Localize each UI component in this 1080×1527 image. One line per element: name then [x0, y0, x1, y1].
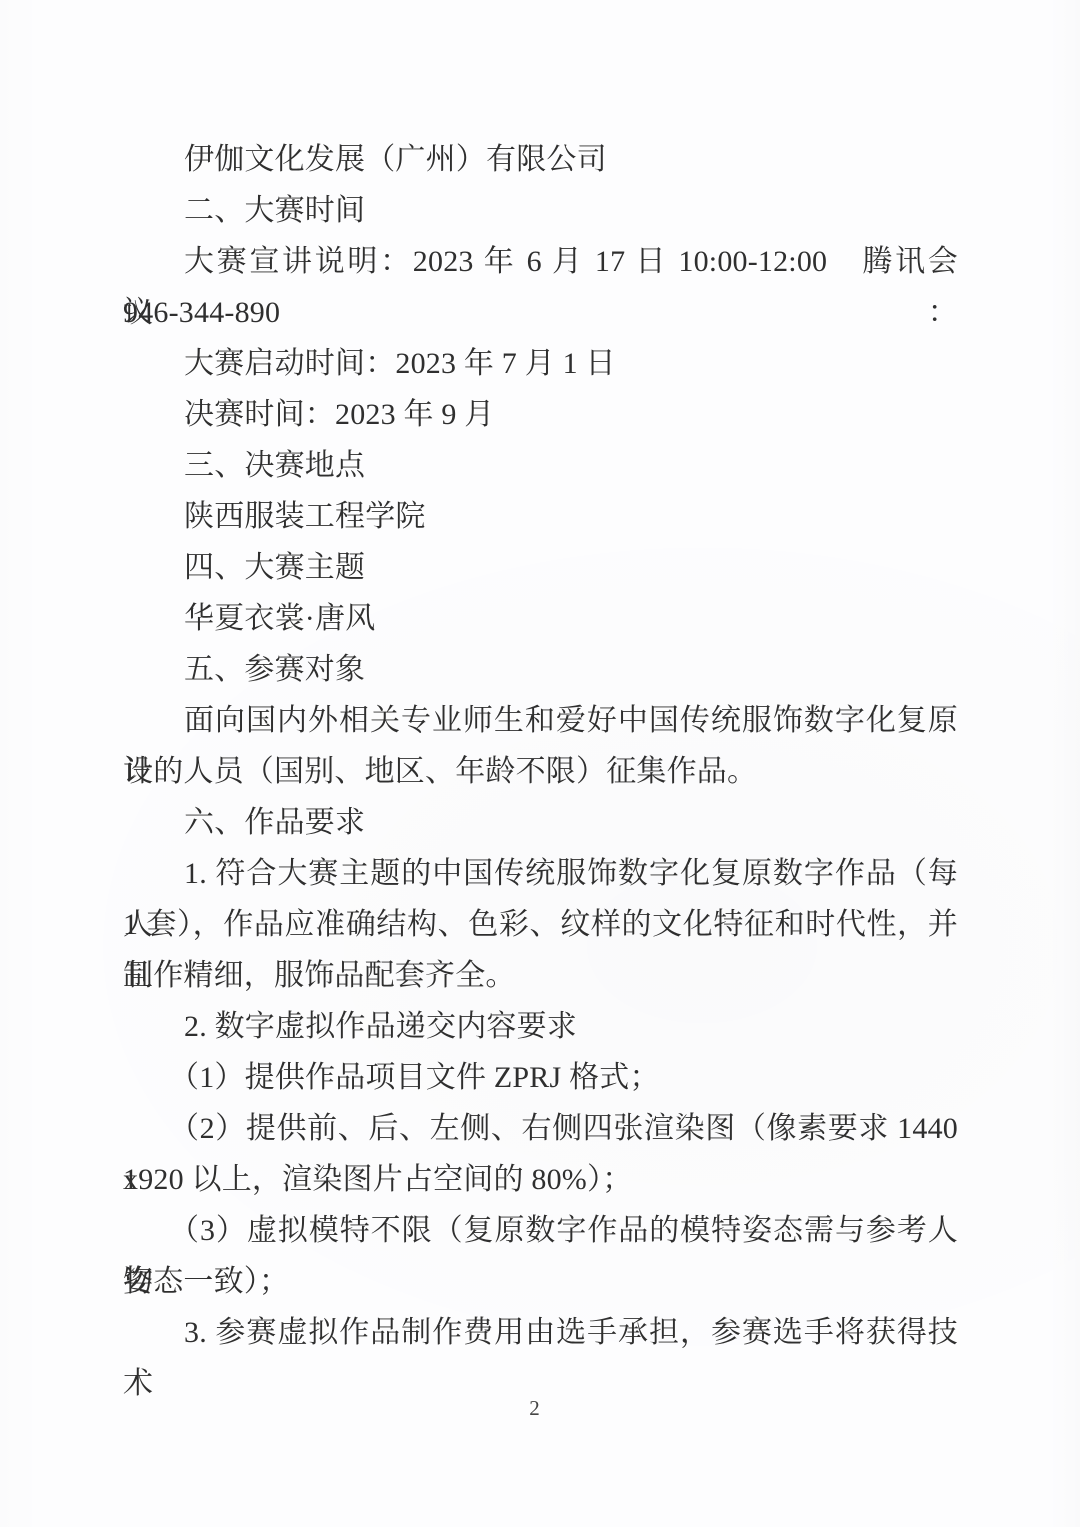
- text-line: 二、大赛时间: [123, 185, 958, 236]
- text-line: 3. 参赛虚拟作品制作费用由选手承担，参赛选手将获得技术: [123, 1307, 958, 1358]
- text-line: 1920 以上，渲染图片占空间的 80%）；: [123, 1154, 958, 1205]
- text-line: 决赛时间：2023 年 9 月: [123, 389, 958, 440]
- text-line: 2. 数字虚拟作品递交内容要求: [123, 1001, 958, 1052]
- text-line: 面向国内外相关专业师生和爱好中国传统服饰数字化复原设: [123, 695, 958, 746]
- text-line: （3）虚拟模特不限（复原数字作品的模特姿态需与参考人物: [123, 1205, 958, 1256]
- scanned-document-page: 伊伽文化发展（广州）有限公司二、大赛时间大赛宣讲说明：2023 年 6 月 17…: [0, 0, 1080, 1527]
- text-line: 1. 符合大赛主题的中国传统服饰数字化复原数字作品（每人: [123, 848, 958, 899]
- text-line: 计的人员（国别、地区、年龄不限）征集作品。: [123, 746, 958, 797]
- text-line: 华夏衣裳·唐风: [123, 593, 958, 644]
- document-body: 伊伽文化发展（广州）有限公司二、大赛时间大赛宣讲说明：2023 年 6 月 17…: [123, 134, 958, 1358]
- text-line: 五、参赛对象: [123, 644, 958, 695]
- text-line: （1）提供作品项目文件 ZPRJ 格式；: [123, 1052, 958, 1103]
- text-line: 伊伽文化发展（广州）有限公司: [123, 134, 958, 185]
- text-line: 姿态一致）；: [123, 1256, 958, 1307]
- text-line: 1 套），作品应准确结构、色彩、纹样的文化特征和时代性，并且: [123, 899, 958, 950]
- text-line: 四、大赛主题: [123, 542, 958, 593]
- text-line: 陕西服装工程学院: [123, 491, 958, 542]
- text-line: 制作精细，服饰品配套齐全。: [123, 950, 958, 1001]
- text-line: （2）提供前、后、左侧、右侧四张渲染图（像素要求 1440 x: [123, 1103, 958, 1154]
- text-line: 三、决赛地点: [123, 440, 958, 491]
- text-line: 大赛宣讲说明：2023 年 6 月 17 日 10:00-12:00 腾讯会议：: [123, 236, 958, 287]
- text-line: 大赛启动时间：2023 年 7 月 1 日: [123, 338, 958, 389]
- text-line: 六、作品要求: [123, 797, 958, 848]
- page-number: 2: [0, 1396, 1070, 1421]
